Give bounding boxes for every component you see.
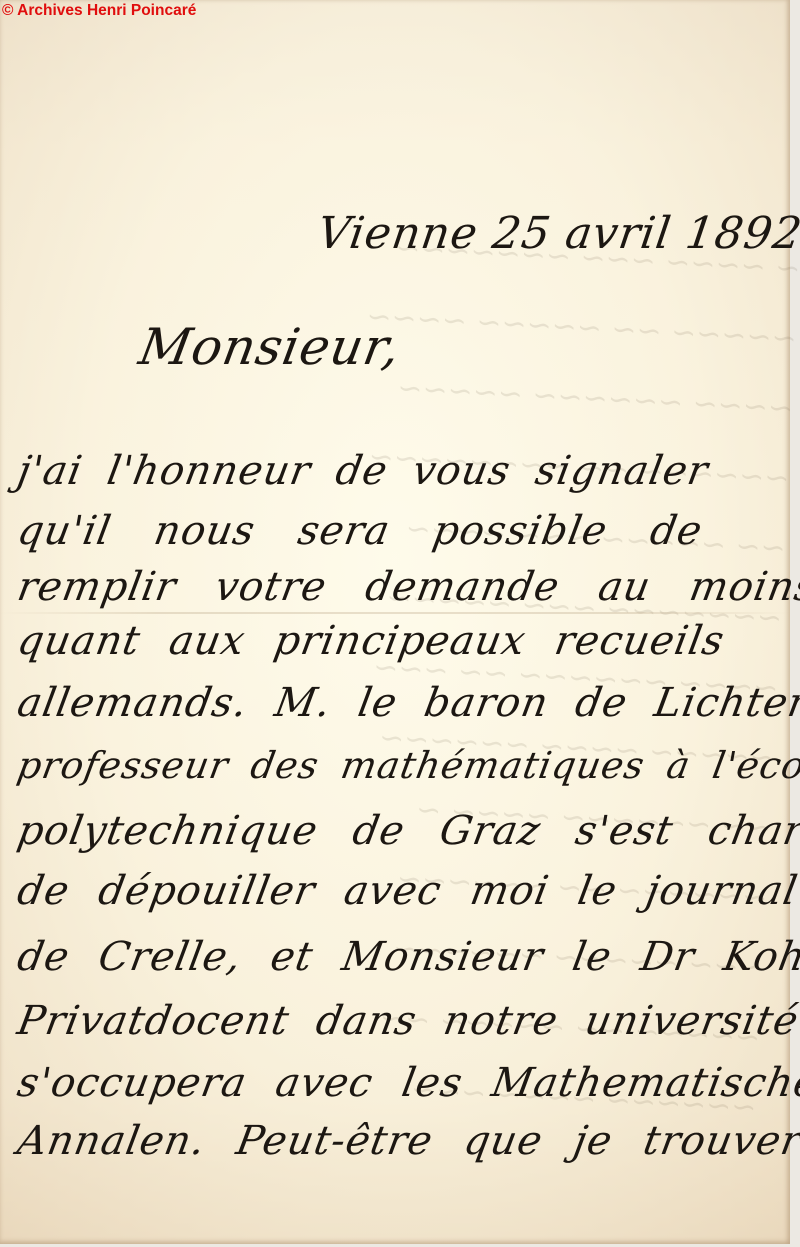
letter-line: allemands. M. le baron de Lichtenfels (14, 680, 800, 726)
letter-line: polytechnique de Graz s'est chargé (14, 808, 800, 854)
letter-line: j'ai l'honneur de vous signaler (14, 448, 712, 494)
fold-crease (0, 612, 790, 614)
letter-line: de dépouiller avec moi le journal (14, 868, 800, 914)
letter-line: de Crelle, et Monsieur le Dr Kohn (14, 934, 800, 980)
letter-line: qu'il nous sera possible de (14, 508, 706, 554)
letter-line: Privatdocent dans notre université (14, 998, 800, 1044)
letter-line: professeur des mathématiques à l'école (14, 744, 800, 787)
scanned-letter: ~ ~~~~ ~~~ ~~~~~~~ ~~~~~ ~~ ~~~~~ ~~~~ ~… (0, 0, 800, 1247)
copyright-label: © Archives Henri Poincaré (2, 0, 196, 22)
letter-line: quant aux principeaux recueils (14, 618, 728, 664)
letter-line: s'occupera avec les Mathematische (14, 1060, 800, 1106)
letter-place-date: Vienne 25 avril 1892 (314, 208, 800, 259)
letter-line: remplir votre demande au moins (14, 564, 800, 610)
letter-line: Annalen. Peut-être que je trouverai (14, 1118, 800, 1164)
paper-sheet: ~ ~~~~ ~~~ ~~~~~~~ ~~~~~ ~~ ~~~~~ ~~~~ ~… (0, 0, 790, 1244)
letter-salutation: Monsieur, (135, 318, 405, 376)
